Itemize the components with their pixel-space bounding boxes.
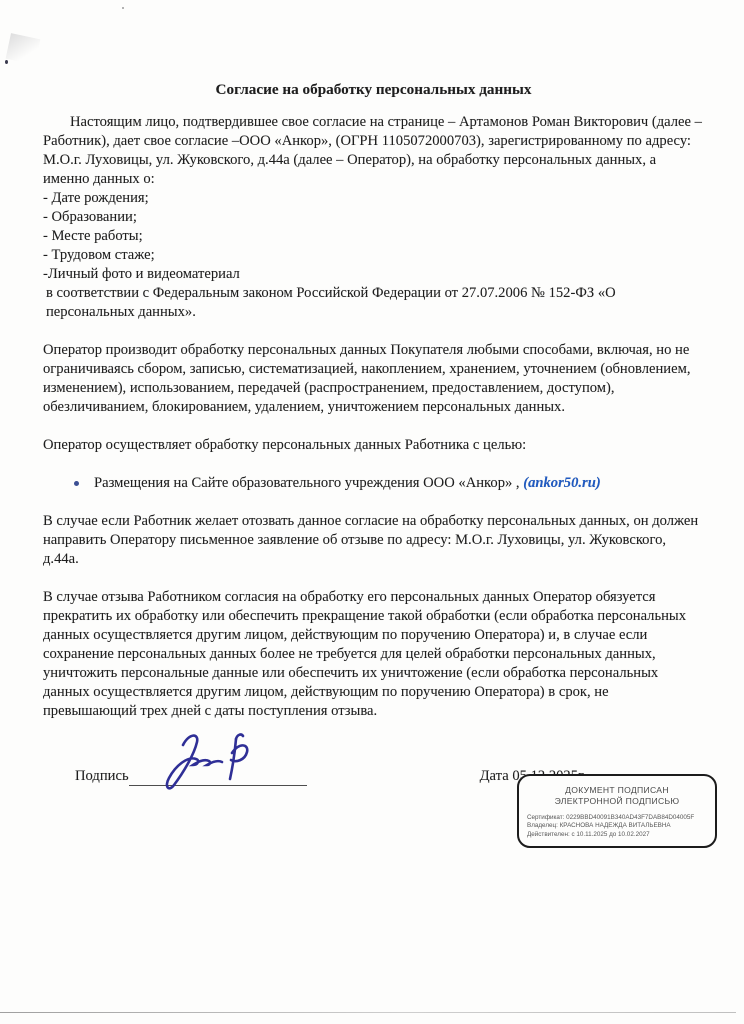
bullet-text: Размещения на Сайте образовательного учр… xyxy=(94,475,523,491)
scan-dot-artifact xyxy=(5,60,8,64)
bullet-text-wrap: Размещения на Сайте образовательного учр… xyxy=(94,474,601,493)
stamp-owner: Владелец: КРАСНОВА НАДЕЖДА ВИТАЛЬЕВНА xyxy=(527,822,715,830)
stamp-details: Сертификат: 0229BBD40091B340AD43F7DAB84D… xyxy=(527,814,715,839)
revoke-paragraph: В случае отзыва Работником согласия на о… xyxy=(43,588,704,721)
bullet-icon xyxy=(74,481,79,486)
purpose-paragraph: Оператор осуществляет обработку персонал… xyxy=(43,436,704,455)
law-clause: в соответствии с Федеральным законом Рос… xyxy=(43,284,704,322)
list-item: - Трудовом стаже; xyxy=(43,246,704,265)
list-item: - Месте работы; xyxy=(43,227,704,246)
e-signature-stamp: ДОКУМЕНТ ПОДПИСАН ЭЛЕКТРОННОЙ ПОДПИСЬЮ С… xyxy=(517,774,717,848)
document-title: Согласие на обработку персональных данны… xyxy=(43,80,704,99)
stamp-validity: Действителен: с 10.11.2025 до 10.02.2027 xyxy=(527,831,715,839)
withdraw-paragraph: В случае если Работник желает отозвать д… xyxy=(43,512,704,569)
purpose-bullet-item: Размещения на Сайте образовательного учр… xyxy=(43,474,704,493)
scan-edge-line xyxy=(0,1012,736,1013)
document-body: Согласие на обработку персональных данны… xyxy=(43,80,704,786)
intro-paragraph: Настоящим лицо, подтвердившее свое согла… xyxy=(43,113,704,189)
scan-smudge-artifact xyxy=(6,33,41,65)
personal-data-list: - Дате рождения; - Образовании; - Месте … xyxy=(43,189,704,322)
list-item: - Образовании; xyxy=(43,208,704,227)
signature-label: Подпись xyxy=(43,767,129,786)
scan-speck-artifact xyxy=(122,7,124,9)
list-item: - Дате рождения; xyxy=(43,189,704,208)
scanned-document-page: Согласие на обработку персональных данны… xyxy=(0,0,744,1024)
processing-paragraph: Оператор производит обработку персональн… xyxy=(43,341,704,417)
stamp-certificate: Сертификат: 0229BBD40091B340AD43F7DAB84D… xyxy=(527,814,715,822)
stamp-title-line1: ДОКУМЕНТ ПОДПИСАН xyxy=(519,785,715,796)
stamp-title-line2: ЭЛЕКТРОННОЙ ПОДПИСЬЮ xyxy=(519,796,715,807)
site-link: (ankor50.ru) xyxy=(523,475,600,491)
handwritten-signature xyxy=(139,727,279,799)
stamp-title: ДОКУМЕНТ ПОДПИСАН ЭЛЕКТРОННОЙ ПОДПИСЬЮ xyxy=(519,785,715,806)
signature-underline xyxy=(129,770,307,786)
list-item: -Личный фото и видеоматериал xyxy=(43,265,704,284)
